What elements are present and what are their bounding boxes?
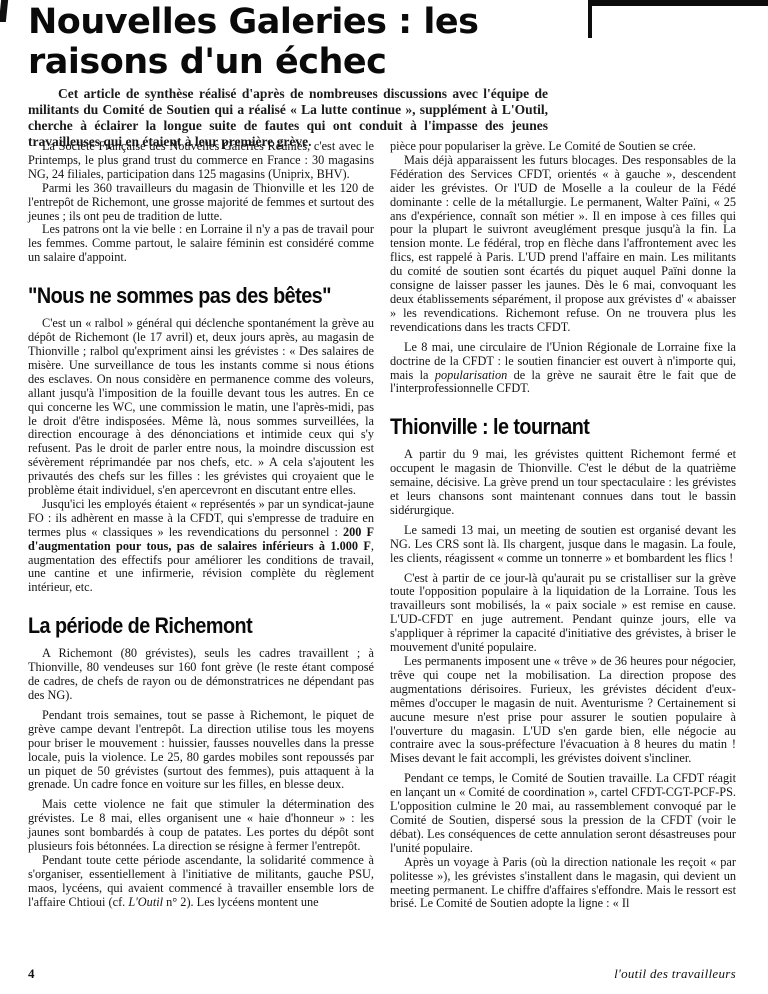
right-column: pièce pour populariser la grève. Le Comi…: [390, 140, 736, 911]
paragraph: Mais déjà apparaissent les futurs blocag…: [390, 154, 736, 335]
paragraph: C'est à partir de ce jour-là qu'aurait p…: [390, 572, 736, 655]
paragraph: pièce pour populariser la grève. Le Comi…: [390, 140, 736, 154]
paragraph: A Richemont (80 grévistes), seuls les ca…: [28, 647, 374, 703]
paragraph: Mais cette violence ne fait que stimuler…: [28, 798, 374, 854]
paragraph: C'est un « ralbol » général qui déclench…: [28, 317, 374, 498]
paragraph: Pendant trois semaines, tout se passe à …: [28, 709, 374, 792]
paragraph: Jusqu'ici les employés étaient « représe…: [28, 498, 374, 595]
paragraph: La Société Française des Nouvelles Galer…: [28, 140, 374, 182]
left-column: La Société Française des Nouvelles Galer…: [28, 140, 374, 910]
paragraph: Les permanents imposent une « trêve » de…: [390, 655, 736, 766]
paragraph: Pendant ce temps, le Comité de Soutien t…: [390, 772, 736, 855]
section-heading: Thionville : le tournant: [390, 414, 701, 440]
page-border-side: [588, 0, 592, 38]
publication-footer: l'outil des travailleurs: [614, 966, 736, 982]
paragraph: Parmi les 360 travailleurs du magasin de…: [28, 182, 374, 224]
page-number: 4: [28, 966, 35, 982]
paragraph: Les patrons ont la vie belle : en Lorrai…: [28, 223, 374, 265]
paragraph: A partir du 9 mai, les grévistes quitten…: [390, 448, 736, 518]
italic-text: L'Outil: [128, 895, 163, 909]
paragraph: Le 8 mai, une circulaire de l'Union Régi…: [390, 341, 736, 397]
paragraph: Après un voyage à Paris (où la direction…: [390, 856, 736, 912]
text-run: n° 2). Les lycéens montent une: [163, 895, 319, 909]
text-run: Jusqu'ici les employés étaient « représe…: [28, 497, 374, 539]
crop-mark: [0, 0, 8, 22]
paragraph: Le samedi 13 mai, un meeting de soutien …: [390, 524, 736, 566]
section-heading: La période de Richemont: [28, 613, 339, 639]
italic-text: popularisation: [435, 368, 507, 382]
paragraph: Pendant toute cette période ascendante, …: [28, 854, 374, 910]
section-heading: "Nous ne sommes pas des bêtes": [28, 283, 339, 309]
article-title: Nouvelles Galeries : les raisons d'un éc…: [28, 2, 568, 82]
page-border-top: [588, 0, 768, 6]
